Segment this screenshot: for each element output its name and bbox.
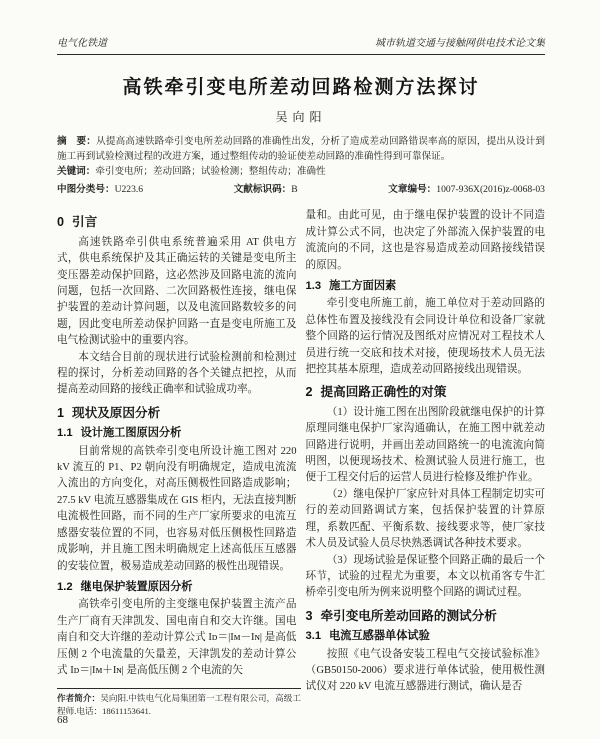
article-id: 文章编号：1007-936X(2016)z-0068-03 bbox=[388, 183, 545, 198]
abstract-block: 摘 要：从提高高速铁路牵引变电所差动回路的准确性出发，分析了造成差动回路错误率高… bbox=[57, 135, 545, 197]
paragraph: 目前常规的高铁牵引变电所设计施工图对 220 kV 流互的 P1、P2 朝向没有… bbox=[57, 444, 297, 575]
page-number: 68 bbox=[57, 714, 68, 726]
proceedings-name: 城市轨道交通与接触网供电技术论文集 bbox=[375, 34, 545, 49]
subsection-heading-1-3: 1.3施工方面因素 bbox=[306, 278, 546, 294]
author-name: 吴向阳 bbox=[57, 108, 545, 125]
paragraph: （3）现场试验是保证整个回路正确的最后一个环节，试验的过程尤为重要，本文以杭甬客… bbox=[306, 553, 546, 602]
keywords-line: 关键词：牵引变电所；差动回路；试验检测；整组传动；准确性 bbox=[57, 165, 545, 180]
section-heading-0: 0引言 bbox=[57, 214, 297, 230]
paper-page: 电气化铁道 城市轨道交通与接触网供电技术论文集 高铁牵引变电所差动回路检测方法探… bbox=[0, 0, 600, 739]
paragraph: 按照《电气设备安装工程电气交接试验标准》（GB50150-2006）要求进行单体… bbox=[306, 647, 546, 696]
paragraph-continuation: 量和。由此可见，由于继电保护装置的设计不同造成计算公式不同，也决定了外部流入保护… bbox=[306, 208, 546, 274]
author-bio-footnote: 作者简介：吴向阳.中铁电气化局集团第一工程有限公司，高级工程师.电话：18611… bbox=[57, 688, 301, 717]
paragraph: 本文结合目前的现状进行试验检测前和检测过程的探讨，分析差动回路的各个关键点把控，… bbox=[57, 350, 297, 399]
subsection-heading-3-1: 3.1电流互感器单体试验 bbox=[306, 628, 546, 644]
paragraph: 高铁牵引变电所的主变继电保护装置主流产品生产厂商有天津凯发、国电南自和交大许继。… bbox=[57, 597, 297, 679]
section-heading-3: 3牵引变电所差动回路的测试分析 bbox=[306, 608, 546, 624]
paper-title: 高铁牵引变电所差动回路检测方法探讨 bbox=[57, 72, 545, 99]
section-heading-2: 2提高回路正确性的对策 bbox=[306, 384, 546, 400]
header-rule bbox=[57, 54, 545, 55]
keywords-text: 牵引变电所；差动回路；试验检测；整组传动；准确性 bbox=[95, 166, 325, 177]
paragraph: 牵引变电所施工前，施工单位对于差动回路的总体性布置及接线没有会同设计单位和设备厂… bbox=[306, 296, 546, 378]
paragraph: （2）继电保护厂家应针对具体工程制定切实可行的差动回路调试方案，包括保护装置的计… bbox=[306, 487, 546, 553]
keywords-label: 关键词： bbox=[57, 166, 95, 177]
journal-name: 电气化铁道 bbox=[57, 34, 107, 49]
author-bio-label: 作者简介： bbox=[57, 693, 100, 703]
right-column: 量和。由此可见，由于继电保护装置的设计不同造成计算公式不同，也决定了外部流入保护… bbox=[306, 208, 546, 700]
abstract-text: 从提高高速铁路牵引变电所差动回路的准确性出发，分析了造成差动回路错误率高的原因，… bbox=[57, 136, 545, 162]
subsection-heading-1-1: 1.1设计施工图原因分析 bbox=[57, 425, 297, 441]
document-code: 文献标识码：B bbox=[234, 183, 298, 198]
subsection-heading-1-2: 1.2继电保护装置原因分析 bbox=[57, 579, 297, 595]
clc-number: 中图分类号：U223.6 bbox=[57, 183, 143, 198]
section-heading-1: 1现状及原因分析 bbox=[57, 405, 297, 421]
paragraph: 高速铁路牵引供电系统普遍采用 AT 供电方式，供电系统保护及其正确运转的关键是变… bbox=[57, 235, 297, 350]
abstract-label: 摘 要： bbox=[57, 136, 96, 147]
paragraph: （1）设计施工图在出图阶段就继电保护的计算原理同继电保护厂家沟通确认，在施工图中… bbox=[306, 405, 546, 487]
classification-line: 中图分类号：U223.6 文献标识码：B 文章编号：1007-936X(2016… bbox=[57, 183, 545, 198]
body-columns: 0引言 高速铁路牵引供电系统普遍采用 AT 供电方式，供电系统保护及其正确运转的… bbox=[57, 208, 545, 700]
left-column: 0引言 高速铁路牵引供电系统普遍采用 AT 供电方式，供电系统保护及其正确运转的… bbox=[57, 208, 297, 700]
running-head: 电气化铁道 城市轨道交通与接触网供电技术论文集 bbox=[57, 34, 545, 49]
